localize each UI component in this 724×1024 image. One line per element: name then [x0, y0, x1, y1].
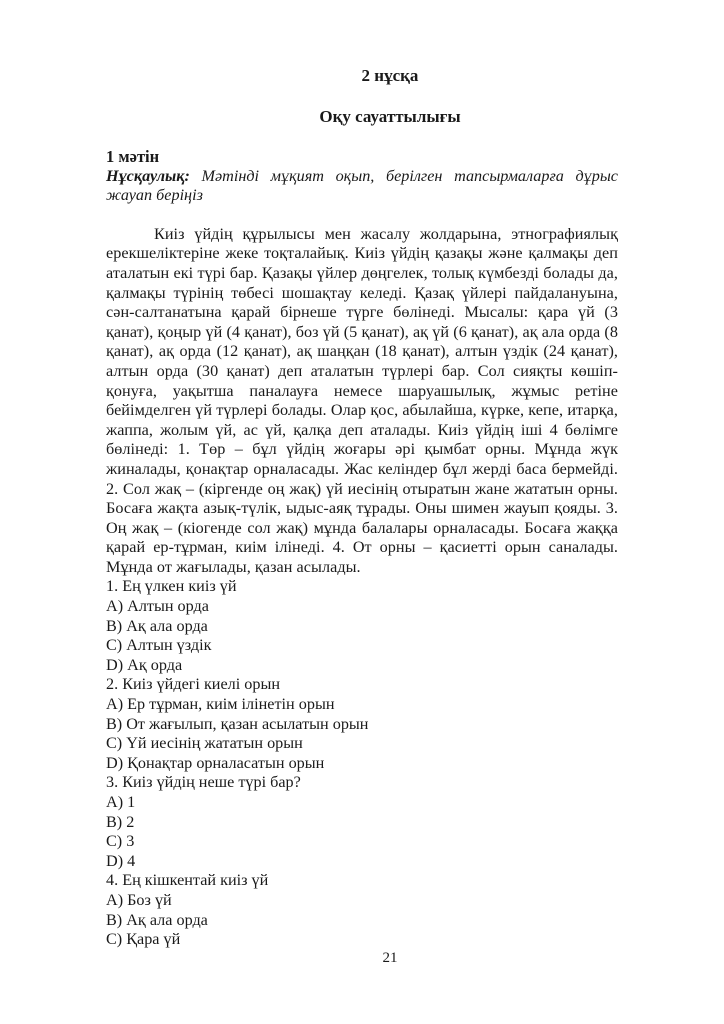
- content-body: 1 мәтін Нұсқаулық: Мәтінді мұқият оқып, …: [106, 147, 618, 950]
- instruction-label: Нұсқаулық:: [106, 167, 190, 185]
- answer-option: A) 1: [106, 793, 618, 813]
- text-heading: 1 мәтін: [106, 147, 618, 167]
- question-text: 3. Киіз үйдің неше түрі бар?: [106, 773, 618, 793]
- answer-option: C) Үй иесінің жататын орын: [106, 734, 618, 754]
- question-text: 1. Ең үлкен киіз үй: [106, 577, 618, 597]
- page-number: 21: [0, 950, 724, 967]
- question-1: 1. Ең үлкен киіз үй A) Алтын орда B) Ақ …: [106, 577, 618, 675]
- question-3: 3. Киіз үйдің неше түрі бар? A) 1 B) 2 C…: [106, 773, 618, 871]
- answer-option: D) Қонақтар орналасатын орын: [106, 754, 618, 774]
- answer-option: A) Алтын орда: [106, 597, 618, 617]
- answer-option: B) 2: [106, 813, 618, 833]
- question-4: 4. Ең кішкентай киіз үй A) Боз үй B) Ақ …: [106, 871, 618, 949]
- answer-option: D) 4: [106, 852, 618, 872]
- answer-option: B) Ақ ала орда: [106, 911, 618, 931]
- answer-option: A) Боз үй: [106, 891, 618, 911]
- reading-paragraph: Киіз үйдің құрылысы мен жасалу жолдарына…: [106, 225, 618, 578]
- answer-option: D) Ақ орда: [106, 656, 618, 676]
- instruction: Нұсқаулық: Мәтінді мұқият оқып, берілген…: [106, 167, 618, 206]
- answer-option: C) Қара үй: [106, 930, 618, 950]
- answer-option: B) Ақ ала орда: [106, 617, 618, 637]
- answer-option: B) От жағылып, қазан асылатын орын: [106, 715, 618, 735]
- answer-option: C) 3: [106, 832, 618, 852]
- variant-title: 2 нұсқа: [0, 66, 724, 86]
- answer-option: A) Ер тұрман, киім ілінетін орын: [106, 695, 618, 715]
- document-page: 2 нұсқа Оқу сауаттылығы 1 мәтін Нұсқаулы…: [0, 0, 724, 1024]
- section-title: Оқу сауаттылығы: [0, 107, 724, 127]
- question-text: 2. Киіз үйдегі киелі орын: [106, 675, 618, 695]
- question-text: 4. Ең кішкентай киіз үй: [106, 871, 618, 891]
- answer-option: C) Алтын үздік: [106, 636, 618, 656]
- question-2: 2. Киіз үйдегі киелі орын A) Ер тұрман, …: [106, 675, 618, 773]
